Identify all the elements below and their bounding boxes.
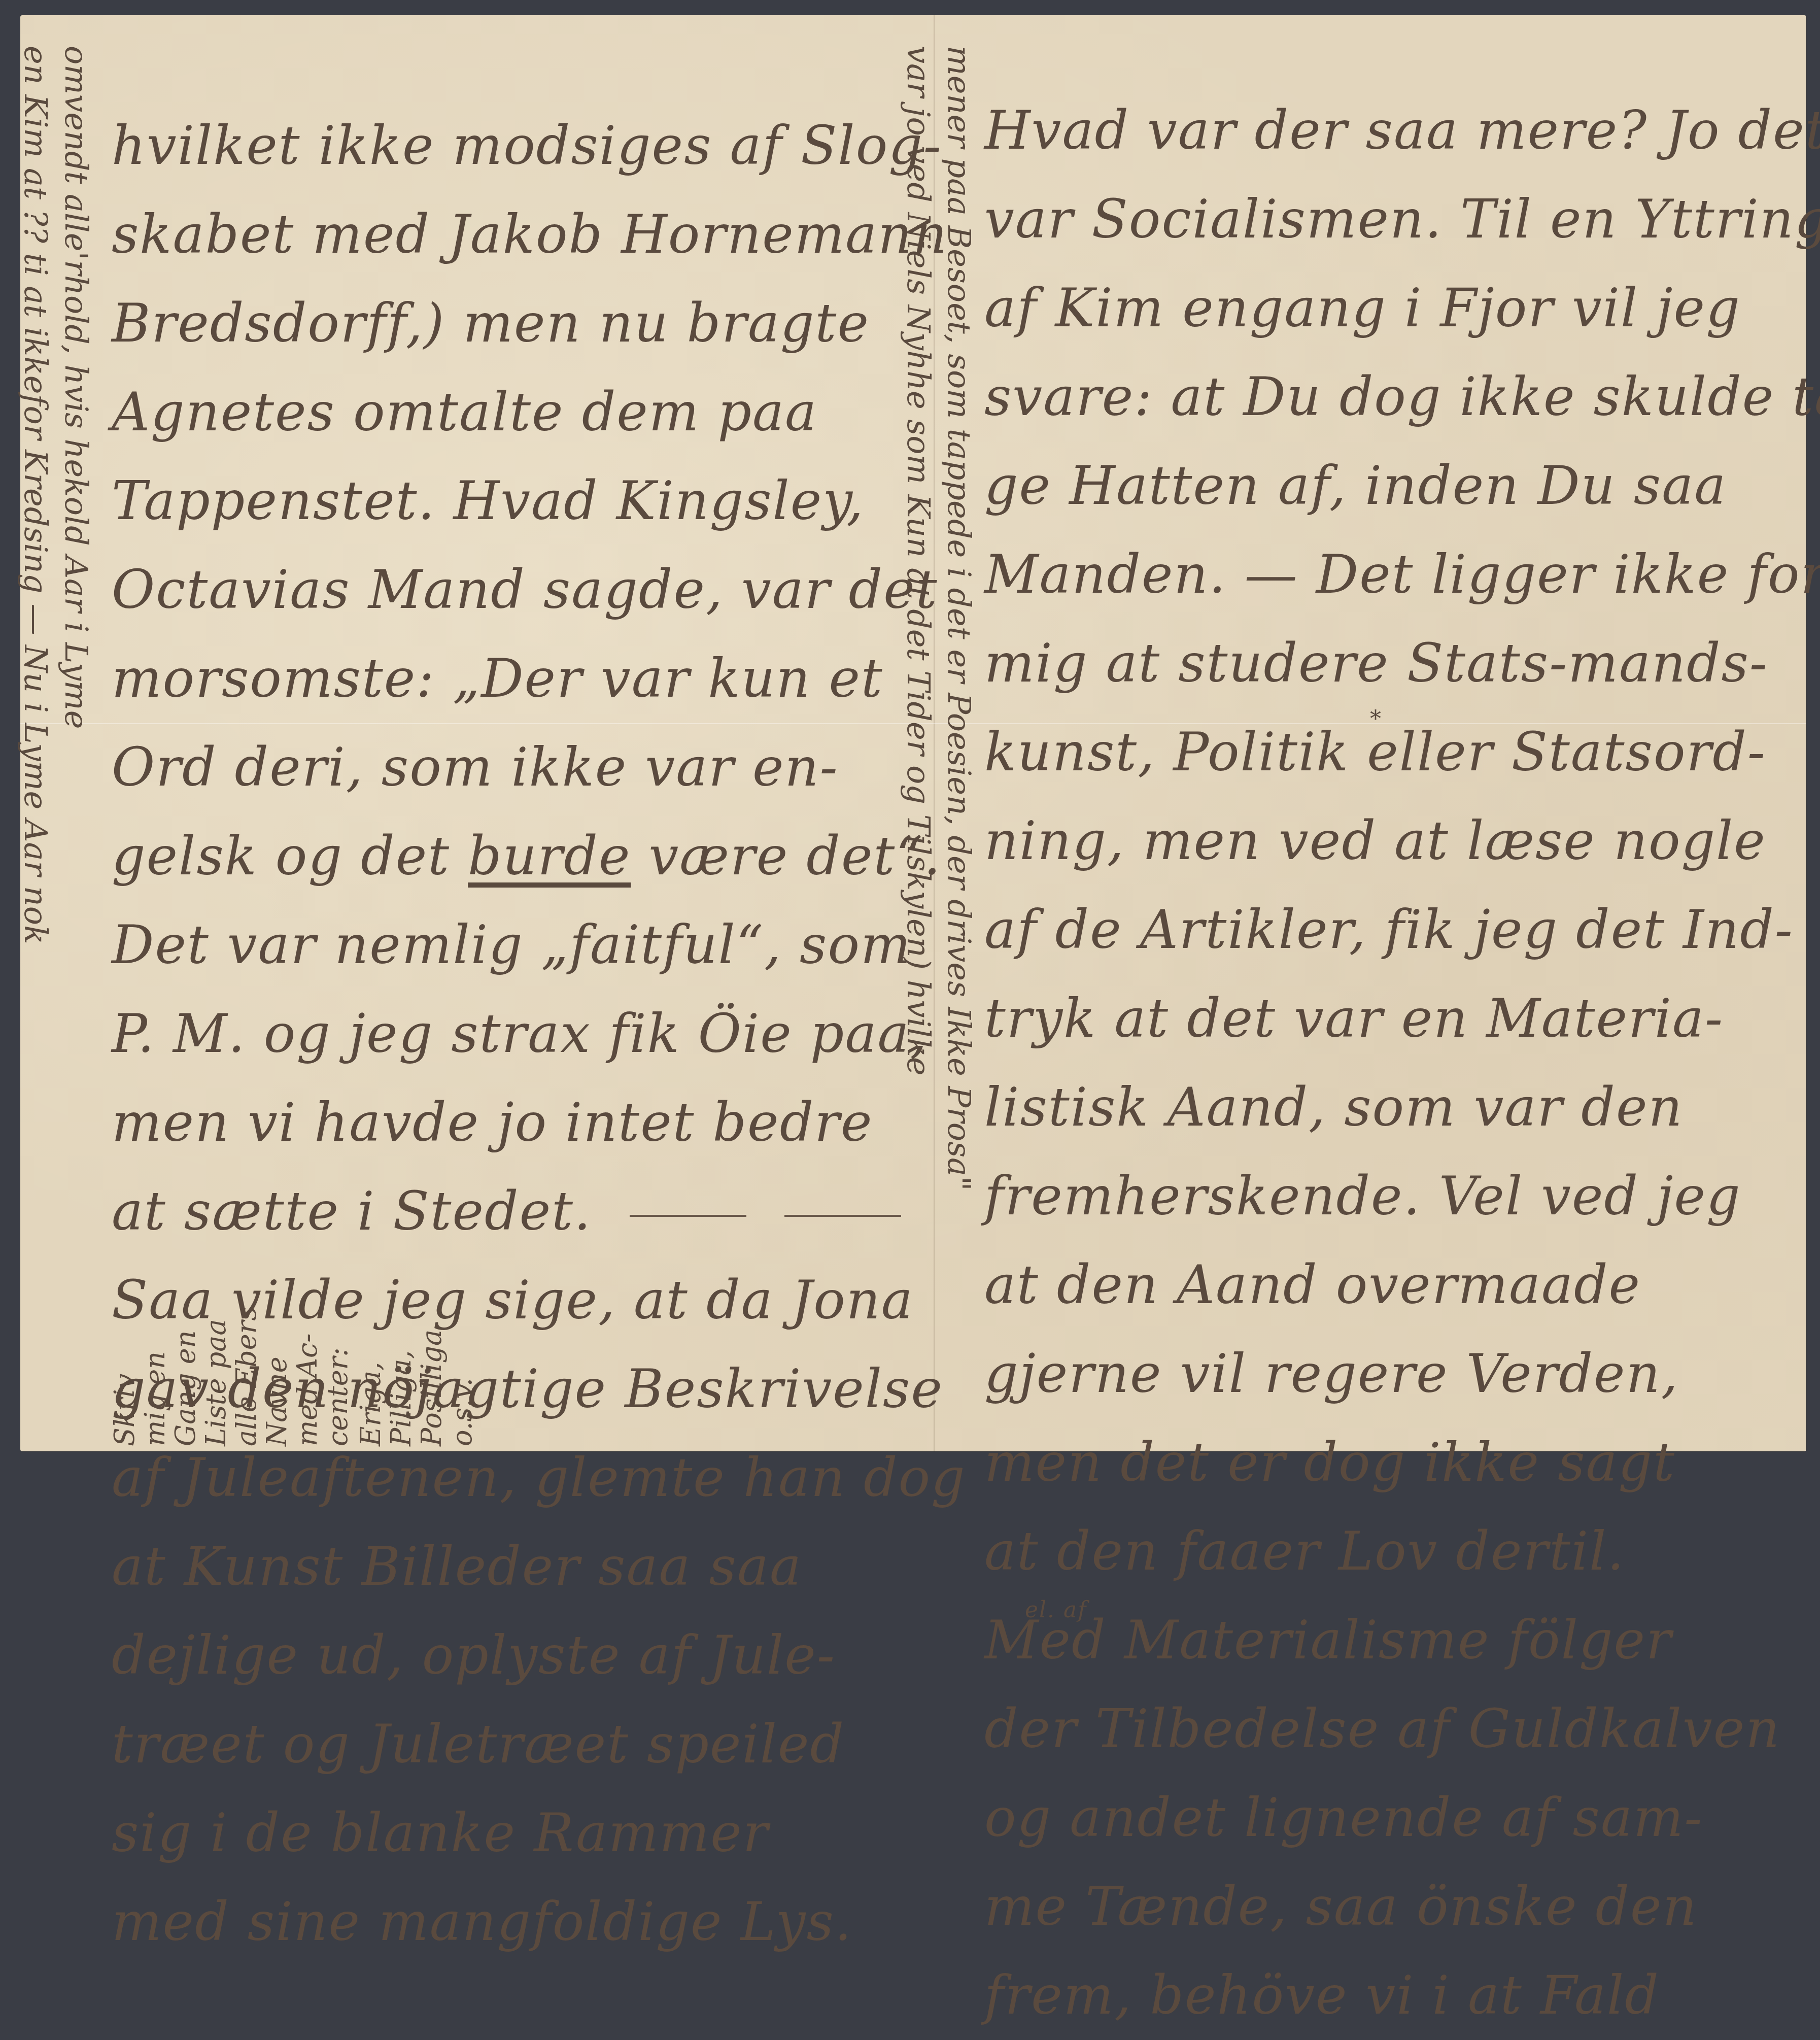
text-line: var Socialismen. Til en Yttring bbox=[984, 175, 1776, 264]
text-line: skabet med Jakob Hornemann bbox=[112, 190, 903, 279]
text-line: at sætte i Stedet. bbox=[112, 1167, 903, 1256]
left-margin-line-1: omvendt alle'rhold, hvis hekold Aar i Ly… bbox=[56, 46, 96, 944]
asterisk-mark: * bbox=[1370, 675, 1382, 764]
text-line: svare: at Du dog ikke skulde ta- bbox=[984, 353, 1776, 441]
text-line: men vi havde jo intet bedre bbox=[112, 1078, 903, 1167]
text-segment: gelsk og det bbox=[112, 825, 450, 887]
text-line: fremherskende. Vel ved jeg bbox=[984, 1152, 1776, 1241]
text-line: at den Aand overmaade bbox=[984, 1241, 1776, 1330]
text-line: Ord deri, som ikke var en- bbox=[112, 723, 903, 812]
text-line: gjerne vil regere Verden, bbox=[984, 1330, 1776, 1418]
left-margin-note: omvendt alle'rhold, hvis hekold Aar i Ly… bbox=[15, 46, 96, 944]
note-line: Liste paa bbox=[200, 1319, 232, 1446]
text-segment: være det“. bbox=[649, 825, 942, 887]
text-line: listisk Aand, som var den bbox=[984, 1063, 1776, 1152]
note-line: o.s.v. bbox=[447, 1378, 478, 1446]
text-line: af Kim engang i Fjor vil jeg bbox=[984, 264, 1776, 353]
text-line: hvilket ikke modsiges af Slog- bbox=[112, 101, 903, 190]
center-margin-line-1: mener paa Besoet, som tappede i det er P… bbox=[939, 46, 979, 1191]
text-line: af de Artikler, fik jeg det Ind- bbox=[984, 886, 1776, 974]
note-line: Skriv bbox=[109, 1374, 141, 1446]
text-line: gelsk og det burde være det“. bbox=[112, 812, 903, 901]
right-page: Hvad var der saa mere? Jo det var Social… bbox=[984, 86, 1776, 1460]
center-margin-note: mener paa Besoet, som tappede i det er P… bbox=[898, 46, 979, 1191]
text-line: Det var nemlig „faitful“, som bbox=[112, 901, 903, 990]
text-line: Agnetes omtalte dem paa bbox=[112, 368, 903, 457]
note-line: Eriga, bbox=[355, 1362, 387, 1446]
text-line: mig at studere Stats-mands- * bbox=[984, 619, 1776, 708]
text-line: P. M. og jeg strax fik Öie paa, bbox=[112, 990, 903, 1078]
underlined-word: burde bbox=[468, 825, 631, 887]
text-line: ge Hatten af, inden Du saa bbox=[984, 441, 1776, 530]
text-segment: at sætte i Stedet. bbox=[112, 1180, 592, 1242]
center-margin-line-2: var jo ved Niels Nyhhe som Kun at det Ti… bbox=[898, 46, 939, 1191]
note-line: center: bbox=[322, 1347, 354, 1446]
note-line: Gang en bbox=[170, 1330, 201, 1446]
dash-rule bbox=[784, 1215, 901, 1217]
dash-rule bbox=[630, 1215, 746, 1217]
note-line: Posilliga bbox=[416, 1330, 448, 1446]
text-line: Bredsdorff,) men nu bragte bbox=[112, 279, 903, 368]
left-page: hvilket ikke modsiges af Slog- skabet me… bbox=[112, 101, 903, 1460]
note-line: Navne bbox=[261, 1356, 293, 1446]
text-line: men det er dog ikke sagt bbox=[984, 1418, 1776, 1460]
text-line: morsomste: „Der var kun et bbox=[112, 634, 903, 723]
text-line: tryk at det var en Materia- bbox=[984, 974, 1776, 1063]
note-line: med Ac- bbox=[292, 1334, 323, 1446]
note-line: mig en bbox=[140, 1351, 171, 1446]
note-line: Pilliga, bbox=[386, 1350, 417, 1446]
note-line: alle Ebers bbox=[231, 1307, 262, 1446]
letter-sheet: omvendt alle'rhold, hvis hekold Aar i Ly… bbox=[20, 15, 1806, 1451]
text-line: Manden. — Det ligger ikke for bbox=[984, 530, 1776, 619]
text-line: ning, men ved at læse nogle bbox=[984, 797, 1776, 886]
text-line: Hvad var der saa mere? Jo det bbox=[984, 86, 1776, 175]
text-line: Octavias Mand sagde, var det bbox=[112, 546, 903, 634]
left-margin-line-2: en Kim at ?? ti at ikkefor Kredsing — Nu… bbox=[15, 46, 56, 944]
text-line: Tappenstet. Hvad Kingsley, bbox=[112, 457, 903, 546]
